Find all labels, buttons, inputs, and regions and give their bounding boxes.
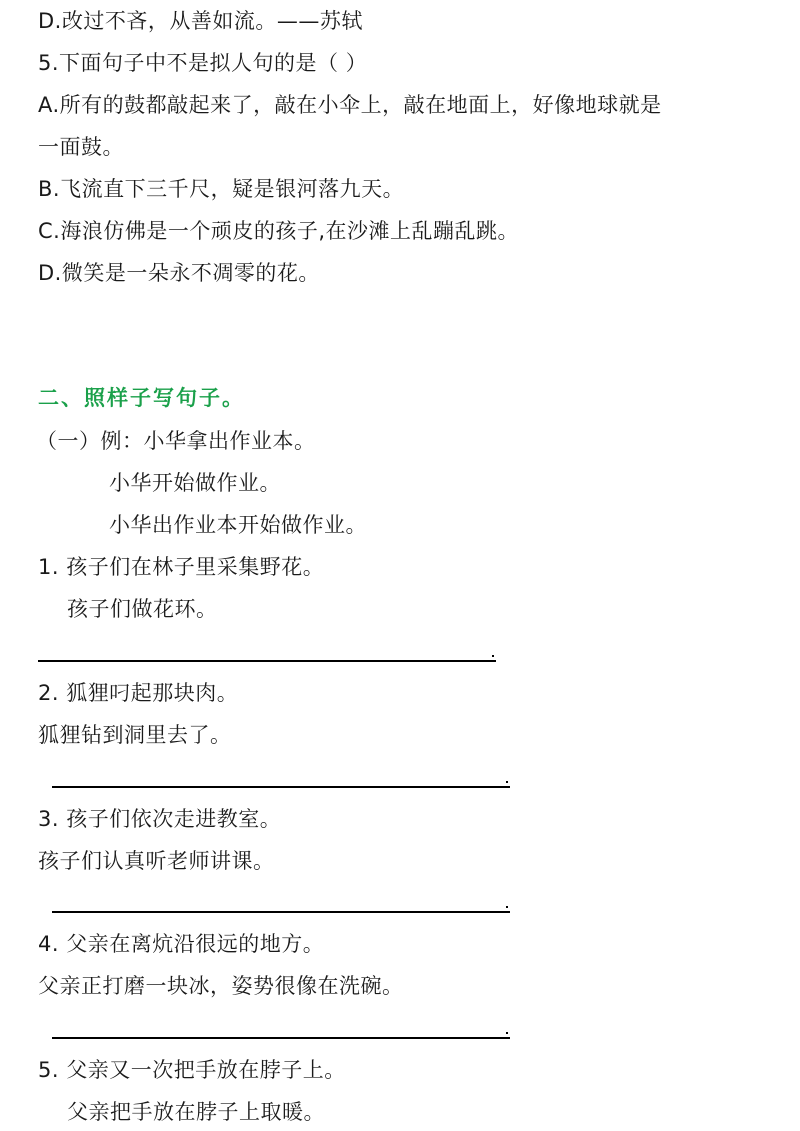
exercise-2-sentence1: 2. 狐狸叼起那块肉。 (38, 679, 238, 707)
example-intro: （一）例：小华拿出作业本。 (36, 427, 316, 455)
q5-option-a-line2: 一面鼓。 (38, 133, 124, 161)
example-line3: 小华出作业本开始做作业。 (109, 511, 367, 539)
q4-option-d: D.改过不吝，从善如流。——苏轼 (38, 7, 363, 35)
section2-heading: 二、照样子写句子。 (38, 384, 245, 412)
q5-option-b: B.飞流直下三千尺，疑是银河落九天。 (38, 175, 404, 203)
exercise-1-answer-line[interactable] (38, 660, 496, 662)
exercise-2-answer-line[interactable] (52, 786, 510, 788)
q5-option-d: D.微笑是一朵永不凋零的花。 (38, 259, 320, 287)
exercise-1-sentence1: 1. 孩子们在林子里采集野花。 (38, 553, 324, 581)
exercise-1-sentence2: 孩子们做花环。 (67, 595, 218, 623)
exercise-4-answer-line[interactable] (52, 1037, 510, 1039)
exercise-4-sentence1: 4. 父亲在离炕沿很远的地方。 (38, 930, 324, 958)
q5-option-a-line1: A.所有的鼓都敲起来了，敲在小伞上，敲在地面上，好像地球就是 (38, 91, 662, 119)
exercise-5-sentence2: 父亲把手放在脖子上取暖。 (67, 1098, 325, 1126)
exercise-5-sentence1: 5. 父亲又一次把手放在脖子上。 (38, 1056, 346, 1084)
worksheet-page: D.改过不吝，从善如流。——苏轼 5.下面句子中不是拟人句的是（ ） A.所有的… (0, 0, 800, 1131)
exercise-2-sentence2: 狐狸钻到洞里去了。 (38, 721, 232, 749)
q5-prompt: 5.下面句子中不是拟人句的是（ ） (38, 49, 367, 77)
exercise-4-sentence2: 父亲正打磨一块冰，姿势很像在洗碗。 (38, 972, 404, 1000)
exercise-1-answer-period (492, 655, 494, 657)
q5-option-c: C.海浪仿佛是一个顽皮的孩子,在沙滩上乱蹦乱跳。 (38, 217, 519, 245)
exercise-3-sentence1: 3. 孩子们依次走进教室。 (38, 805, 281, 833)
example-line2: 小华开始做作业。 (109, 469, 281, 497)
exercise-3-sentence2: 孩子们认真听老师讲课。 (38, 847, 275, 875)
exercise-4-answer-period (506, 1032, 508, 1034)
exercise-3-answer-period (506, 906, 508, 908)
exercise-2-answer-period (506, 781, 508, 783)
exercise-3-answer-line[interactable] (52, 911, 510, 913)
